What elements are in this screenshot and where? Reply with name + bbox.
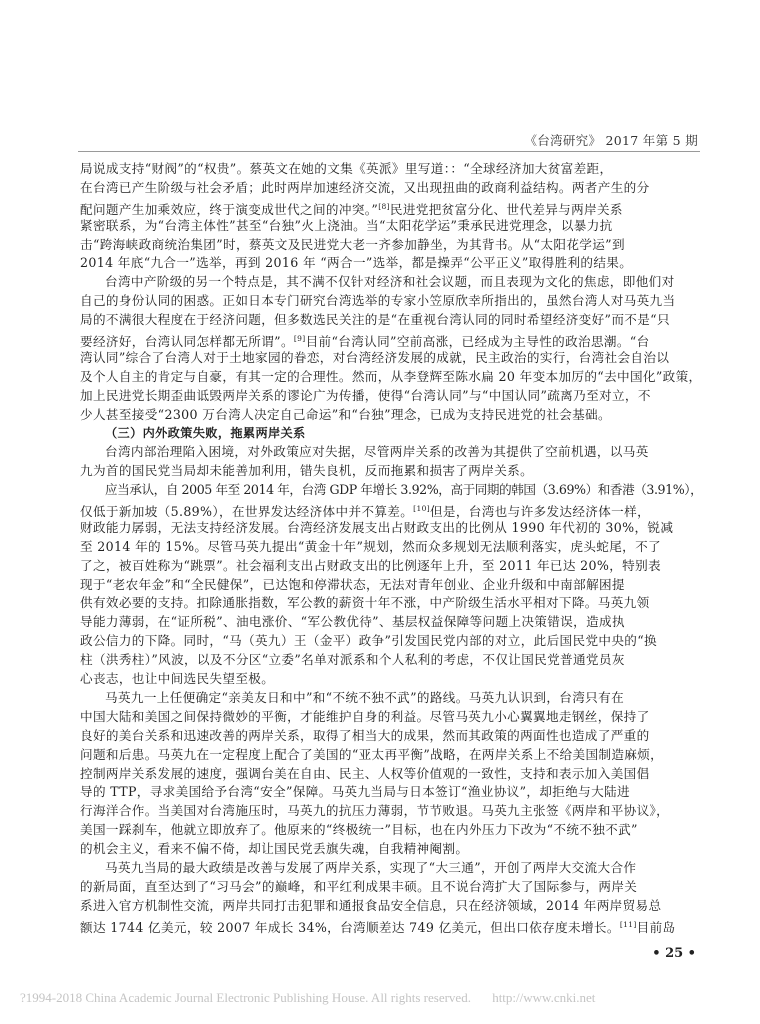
text-line: 少人甚至接受“2300 万台湾人决定自己命运”和“台独”理念，已成为支持民进党的… [80,406,702,425]
citation-reference: [11] [620,920,637,929]
text-line: 导的 TTP，寻求美国给予台湾“安全”保障。马英九当局与日本签订“渔业协议”，却… [80,783,702,802]
text-line: 行海洋合作。当美国对台湾施压时，马英九的抗压力薄弱，节节败退。马英九主张签《两岸… [80,802,702,821]
text-line: 击“跨海峡政商统治集团”时，蔡英文及民进党大老一齐参加静坐，为其背书。从“太阳花… [80,236,702,255]
text-line: 湾认同”综合了台湾人对于土地家园的眷恋，对台湾经济发展的成就，民主政治的实行，台… [80,349,702,368]
line-text: 财政能力孱弱，无法支持经济发展。台湾经济发展支出占财政支出的比例从 1990 年… [80,520,673,535]
citation-reference: [10] [413,504,430,513]
line-text: 柱（洪秀柱）”风波，以及不分区“立委”名单对派系和个人私利的考虑，不仅让国民党普… [80,652,625,667]
line-text-continued: 但是，台湾也与许多发达经济体一样， [430,504,650,519]
text-line: 政公信力的下降。同时，“马（英九）王（金平）政争”引发国民党内部的对立，此后国民… [80,632,702,651]
line-text: （三）内外政策失败，拖累两岸关系 [105,426,306,440]
text-line: 台湾内部治理陷入困境，对外政策应对失据，尽管两岸关系的改善为其提供了空前机遇，以… [80,443,702,462]
text-line: 马英九一上任便确定“亲美友日和中”和“不统不独不武”的路线。马英九认识到，台湾只… [80,689,702,708]
line-text-continued: 目前“台湾认同”空前高涨，已经成为主导性的政治思潮。“台 [306,334,650,349]
line-text: 马英九当局的最大政绩是改善与发展了两岸关系，实现了“大三通”，开创了两岸大交流大… [105,860,636,875]
text-line: 在台湾已产生阶级与社会矛盾；此时两岸加速经济交流，又出现扭曲的政商利益结构。两者… [80,179,702,198]
line-text: 九为首的国民党当局却未能善加利用，错失良机，反而拖累和损害了两岸关系。 [80,463,533,478]
copyright-text: ?1994-2018 China Academic Journal Electr… [20,990,471,1005]
line-text: 良好的美台关系和迅速改善的两岸关系，取得了相当大的成果，然而其政策的两面性也造成… [80,728,650,743]
line-text: 台湾内部治理陷入困境，对外政策应对失据，尽管两岸关系的改善为其提供了空前机遇，以… [105,444,649,459]
line-text: 导的 TTP，寻求美国给予台湾“安全”保障。马英九当局与日本签订“渔业协议”，却… [80,784,630,799]
line-text-continued: 民进党把贫富分化、世代差异与两岸关系 [390,202,623,217]
text-line: 要经济好，台湾认同怎样都无所谓”。[9]目前“台湾认同”空前高涨，已经成为主导性… [80,330,702,349]
line-text: 导能力薄弱，在“证所税”、油电涨价、“军公教优待”、基层权益保障等问题上决策错误… [80,614,625,629]
text-line: 加上民进党长期歪曲诋毁两岸关系的谬论广为传播，使得“台湾认同”与“中国认同”疏离… [80,387,702,406]
line-text: 少人甚至接受“2300 万台湾人决定自己命运”和“台独”理念，已成为支持民进党的… [80,407,611,422]
text-line: 额达 1744 亿美元，较 2007 年成长 34%，台湾顺差达 749 亿美元… [80,916,702,935]
line-text: 应当承认，自 2005 年至 2014 年，台湾 GDP 年增长 3.92%，高… [105,482,702,497]
text-line: 的机会主义，看来不偏不倚，却让国民党丢旗失魂，自我精神阉割。 [80,840,702,859]
text-line: 至 2014 年的 15%。尽管马英九提出“黄金十年”规划，然而众多规划无法顺利… [80,538,702,557]
text-line: 中国大陆和美国之间保持微妙的平衡，才能维护自身的利益。尽管马英九小心翼翼地走钢丝… [80,708,702,727]
text-line: 配问题产生加乘效应，终于演变成世代之间的冲突。”[8]民进党把贫富分化、世代差异… [80,198,702,217]
text-line: 供有效必要的支持。扣除通胀指数，军公教的薪资十年不涨，中产阶级生活水平相对下降。… [80,594,702,613]
line-text: 在台湾已产生阶级与社会矛盾；此时两岸加速经济交流，又出现扭曲的政商利益结构。两者… [80,180,650,195]
line-text: 加上民进党长期歪曲诋毁两岸关系的谬论广为传播，使得“台湾认同”与“中国认同”疏离… [80,388,651,403]
line-text: 局的不满很大程度在于经济问题，但多数选民关注的是“在重视台湾认同的同时希望经济变… [80,312,670,327]
text-line: 控制两岸关系发展的速度，强调台美在自由、民主、人权等价值观的一致性，支持和表示加… [80,765,702,784]
text-line: 仅低于新加坡（5.89%），在世界发达经济体中并不算差。[10]但是，台湾也与许… [80,500,702,519]
line-text: 湾认同”综合了台湾人对于土地家园的眷恋，对台湾经济发展的成就，民主政治的实行，台… [80,350,669,365]
text-line: 九为首的国民党当局却未能善加利用，错失良机，反而拖累和损害了两岸关系。 [80,462,702,481]
text-line: 的新局面，直至达到了“习马会”的巅峰，和平红利成果丰硕。且不说台湾扩大了国际参与… [80,878,702,897]
line-text: 现于“老农年金”和“全民健保”，已达饱和停滞状态，无法对青年创业、企业升级和中南… [80,577,625,592]
line-text: 心丧志，也让中间选民失望至极。 [80,671,274,686]
text-line: 台湾中产阶级的另一个特点是，其不满不仅针对经济和社会议题，而且表现为文化的焦虑，… [80,273,702,292]
copyright-footer: ?1994-2018 China Academic Journal Electr… [20,990,595,1006]
citation-reference: [8] [378,202,390,211]
line-text: 行海洋合作。当美国对台湾施压时，马英九的抗压力薄弱，节节败退。马英九主张签《两岸… [80,803,669,818]
line-text: 击“跨海峡政商统治集团”时，蔡英文及民进党大老一齐参加静坐，为其背书。从“太阳花… [80,237,625,252]
text-line: 及个人自主的肯定与自豪，有其一定的合理性。然而，从李登辉至陈水扁 20 年变本加… [80,368,702,387]
line-text: 政公信力的下降。同时，“马（英九）王（金平）政争”引发国民党内部的对立，此后国民… [80,633,657,648]
line-text: 局说成支持“财阀”的“权贵”。蔡英文在她的文集《英派》里写道：：“全球经济加大贫… [80,161,612,176]
line-text: 要经济好，台湾认同怎样都无所谓”。 [80,334,294,349]
article-body: 局说成支持“财阀”的“权贵”。蔡英文在她的文集《英派》里写道：：“全球经济加大贫… [80,160,702,935]
text-line: 导能力薄弱，在“证所税”、油电涨价、“军公教优待”、基层权益保障等问题上决策错误… [80,613,702,632]
line-text: 系进入官方机制性交流，两岸共同打击犯罪和通报食品安全信息，只在经济领域，2014… [80,898,661,913]
line-text: 控制两岸关系发展的速度，强调台美在自由、民主、人权等价值观的一致性，支持和表示加… [80,766,650,781]
line-text: 了之，被百姓称为“跳票”。社会福利支出占财政支出的比例逐年上升，至 2011 年… [80,558,661,573]
text-line: 财政能力孱弱，无法支持经济发展。台湾经济发展支出占财政支出的比例从 1990 年… [80,519,702,538]
text-line: 良好的美台关系和迅速改善的两岸关系，取得了相当大的成果，然而其政策的两面性也造成… [80,727,702,746]
line-text: 台湾中产阶级的另一个特点是，其不满不仅针对经济和社会议题，而且表现为文化的焦虑，… [105,274,675,289]
text-line: 系进入官方机制性交流，两岸共同打击犯罪和通报食品安全信息，只在经济领域，2014… [80,897,702,916]
line-text: 紧密联系，为“台湾主体性”甚至“台独”火上浇油。当“太阳花学运”秉承民进党理念，… [80,218,613,233]
text-line: 局的不满很大程度在于经济问题，但多数选民关注的是“在重视台湾认同的同时希望经济变… [80,311,702,330]
line-text: 中国大陆和美国之间保持微妙的平衡，才能维护自身的利益。尽管马英九小心翼翼地走钢丝… [80,709,650,724]
line-text: 至 2014 年的 15%。尽管马英九提出“黄金十年”规划，然而众多规划无法顺利… [80,539,661,554]
line-text: 供有效必要的支持。扣除通胀指数，军公教的薪资十年不涨，中产阶级生活水平相对下降。… [80,595,650,610]
running-header: 《台湾研究》 2017 年第 5 期 [78,131,700,152]
line-text: 问题和后患。马英九在一定程度上配合了美国的“亚太再平衡”战略，在两岸关系上不给美… [80,747,663,762]
line-text: 及个人自主的肯定与自豪，有其一定的合理性。然而，从李登辉至陈水扁 20 年变本加… [80,369,701,384]
line-text: 马英九一上任便确定“亲美友日和中”和“不统不独不武”的路线。马英九认识到，台湾只… [105,690,624,705]
text-line: 马英九当局的最大政绩是改善与发展了两岸关系，实现了“大三通”，开创了两岸大交流大… [80,859,702,878]
text-line: 应当承认，自 2005 年至 2014 年，台湾 GDP 年增长 3.92%，高… [80,481,702,500]
text-line: 2014 年底“九合一”选举，再到 2016 年 “两合一”选举，都是操弄“公平… [80,254,702,273]
text-line: 现于“老农年金”和“全民健保”，已达饱和停滞状态，无法对青年创业、企业升级和中南… [80,576,702,595]
text-line: 局说成支持“财阀”的“权贵”。蔡英文在她的文集《英派》里写道：：“全球经济加大贫… [80,160,702,179]
text-line: 柱（洪秀柱）”风波，以及不分区“立委”名单对派系和个人私利的考虑，不仅让国民党普… [80,651,702,670]
line-text: 仅低于新加坡（5.89%），在世界发达经济体中并不算差。 [80,504,413,519]
cnki-link[interactable]: http://www.cnki.net [492,990,595,1005]
line-text: 2014 年底“九合一”选举，再到 2016 年 “两合一”选举，都是操弄“公平… [80,255,632,270]
line-text: 的新局面，直至达到了“习马会”的巅峰，和平红利成果丰硕。且不说台湾扩大了国际参与… [80,879,637,894]
text-line: 自己的身份认同的困惑。正如日本专门研究台湾选举的专家小笠原欣幸所指出的，虽然台湾… [80,292,702,311]
line-text-continued: 目前岛 [637,920,676,935]
line-text: 的机会主义，看来不偏不倚，却让国民党丢旗失魂，自我精神阉割。 [80,841,468,856]
section-heading: （三）内外政策失败，拖累两岸关系 [80,424,702,443]
line-text: 美国一踩刹车，他就立即放弃了。他原来的“终极统一”目标，也在内外压力下改为“不统… [80,822,638,837]
text-line: 紧密联系，为“台湾主体性”甚至“台独”火上浇油。当“太阳花学运”秉承民进党理念，… [80,217,702,236]
text-line: 了之，被百姓称为“跳票”。社会福利支出占财政支出的比例逐年上升，至 2011 年… [80,557,702,576]
text-line: 问题和后患。马英九在一定程度上配合了美国的“亚太再平衡”战略，在两岸关系上不给美… [80,746,702,765]
citation-reference: [9] [294,334,306,343]
text-line: 美国一踩刹车，他就立即放弃了。他原来的“终极统一”目标，也在内外压力下改为“不统… [80,821,702,840]
line-text: 额达 1744 亿美元，较 2007 年成长 34%，台湾顺差达 749 亿美元… [80,920,620,935]
page-number: • 25 • [652,946,696,961]
line-text: 自己的身份认同的困惑。正如日本专门研究台湾选举的专家小笠原欣幸所指出的，虽然台湾… [80,293,675,308]
text-line: 心丧志，也让中间选民失望至极。 [80,670,702,689]
journal-issue-label: 《台湾研究》 2017 年第 5 期 [524,131,698,149]
line-text: 配问题产生加乘效应，终于演变成世代之间的冲突。” [80,202,378,217]
